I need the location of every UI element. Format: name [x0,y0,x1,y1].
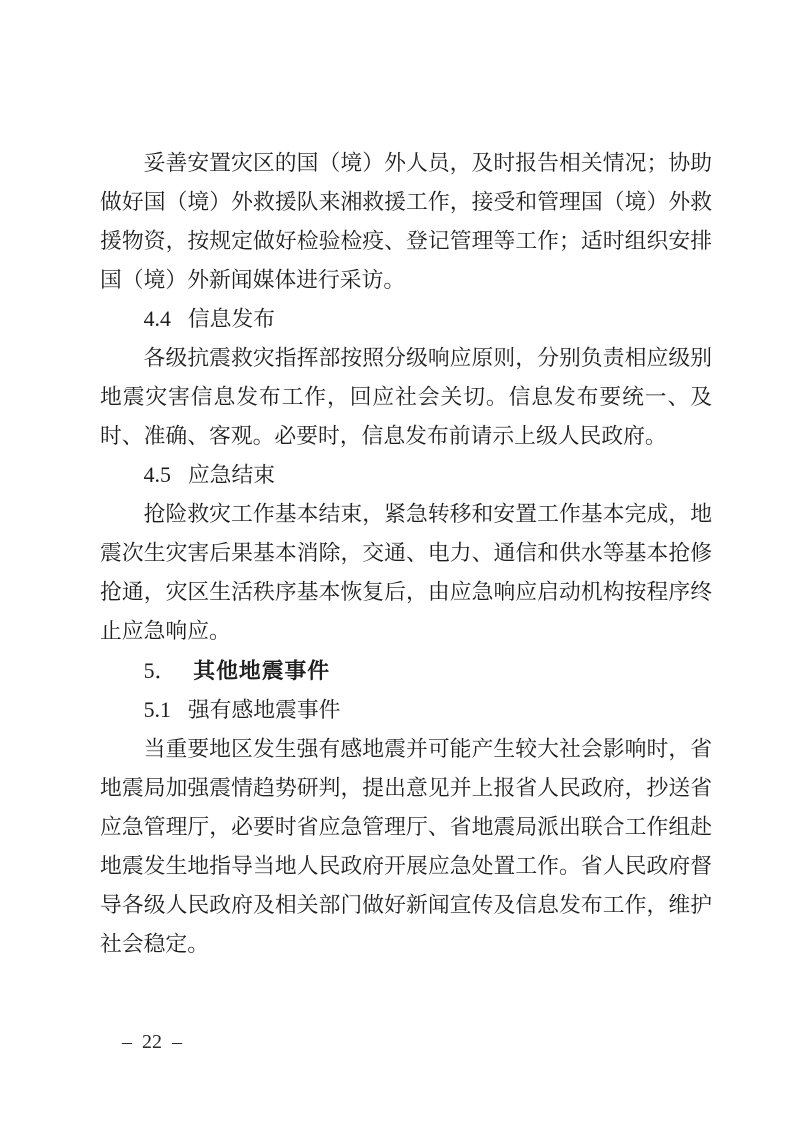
section-title: 信息发布 [188,307,275,331]
paragraph-foreign-personnel: 妥善安置灾区的国（境）外人员，及时报告相关情况；协助做好国（境）外救援队来湘救援… [100,144,712,300]
chapter-number: 5． [144,659,177,683]
document-page: 妥善安置灾区的国（境）外人员，及时报告相关情况；协助做好国（境）外救援队来湘救援… [0,0,794,1122]
section-number: 4.5 [144,463,171,487]
section-title: 强有感地震事件 [188,698,341,722]
paragraph-felt-earthquake: 当重要地区发生强有感地震并可能产生较大社会影响时，省地震局加强震情趋势研判，提出… [100,730,712,964]
paragraph-information-release: 各级抗震救灾指挥部按照分级响应原则，分别负责相应级别地震灾害信息发布工作，回应社… [100,339,712,456]
paragraph-emergency-end: 抢险救灾工作基本结束，紧急转移和安置工作基本完成，地震次生灾害后果基本消除，交通… [100,495,712,651]
section-heading-5-1: 5.1强有感地震事件 [100,691,712,730]
section-heading-4-5: 4.5应急结束 [100,456,712,495]
section-number: 5.1 [144,698,171,722]
chapter-title: 其他地震事件 [193,658,330,683]
page-number: – 22 – [122,1030,182,1054]
document-body: 妥善安置灾区的国（境）外人员，及时报告相关情况；协助做好国（境）外救援队来湘救援… [100,144,712,964]
section-heading-4-4: 4.4信息发布 [100,300,712,339]
section-title: 应急结束 [188,463,275,487]
chapter-heading-5: 5．其他地震事件 [100,651,712,691]
section-number: 4.4 [144,307,171,331]
